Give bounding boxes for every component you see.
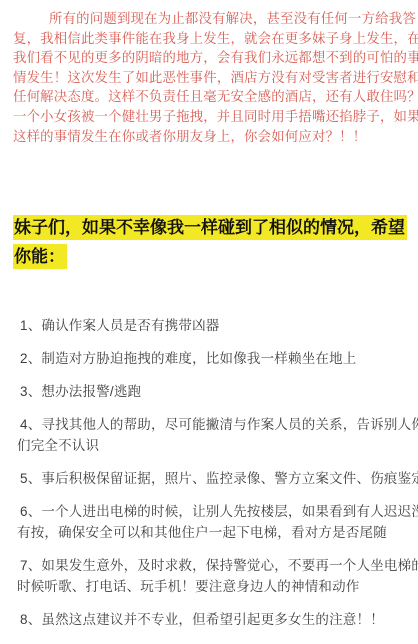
list-item: 5、事后积极保留证据，照片、监控录像、警方立案文件、伤痕鉴定: [20, 468, 410, 489]
intro-paragraph: 所有的问题到现在为止都没有解决，甚至没有任何一方给我答 复，我相信此类事件能在我…: [13, 9, 410, 146]
list-item-line: 1、确认作案人员是否有携带凶器: [20, 315, 410, 336]
heading-line: 你能：: [13, 242, 410, 271]
list-item-line: 4、寻找其他人的帮助，尽可能撇清与作案人员的关系，告诉别人你: [20, 414, 410, 435]
list-item: 4、寻找其他人的帮助，尽可能撇清与作案人员的关系，告诉别人你 们完全不认识: [20, 414, 410, 456]
list-item-line: 有按，确保安全可以和其他住户一起下电梯，看对方是否尾随: [17, 522, 410, 543]
heading-highlight: 你能：: [13, 244, 67, 269]
list-item-line: 5、事后积极保留证据，照片、监控录像、警方立案文件、伤痕鉴定: [20, 468, 410, 489]
list-item: 8、虽然这点建议并不专业，但希望引起更多女生的注意！！: [20, 609, 410, 630]
advice-list: 1、确认作案人员是否有携带凶器 2、制造对方胁迫拖拽的难度，比如像我一样赖坐在地…: [13, 315, 410, 630]
intro-line: 这样的事情发生在你或者你朋友身上，你会如何应对？！！: [13, 127, 410, 147]
intro-line: 我们看不见的更多的阴暗的地方，会有我们永远都想不到的可怕的事: [13, 48, 410, 68]
list-item: 1、确认作案人员是否有携带凶器: [20, 315, 410, 336]
list-item-line: 6、一个人进出电梯的时候，让别人先按楼层，如果看到有人迟迟没: [20, 501, 410, 522]
intro-line: 复，我相信此类事件能在我身上发生，就会在更多妹子身上发生，在: [13, 29, 410, 49]
intro-line: 一个小女孩被一个健壮男子拖拽，并且同时用手捂嘴还掐脖子，如果: [13, 107, 410, 127]
list-item-line: 7、如果发生意外，及时求救，保持警觉心，不要再一个人坐电梯的: [20, 555, 410, 576]
intro-line: 情发生！这次发生了如此恶性事件，酒店方没有对受害者进行安慰和: [13, 68, 410, 88]
intro-line: 任何解决态度。这样不负责任且毫无安全感的酒店，还有人敢住吗？: [13, 87, 410, 107]
list-item-line: 3、想办法报警/逃跑: [20, 381, 410, 402]
highlighted-heading: 妹子们，如果不幸像我一样碰到了相似的情况，希望 你能：: [13, 213, 410, 271]
intro-line: 所有的问题到现在为止都没有解决，甚至没有任何一方给我答: [13, 9, 410, 29]
list-item-line: 时候听歌、打电话、玩手机！要注意身边人的神情和动作: [17, 576, 410, 597]
list-item-line: 8、虽然这点建议并不专业，但希望引起更多女生的注意！！: [20, 609, 410, 630]
list-item: 2、制造对方胁迫拖拽的难度，比如像我一样赖坐在地上: [20, 348, 410, 369]
list-item: 7、如果发生意外，及时求救，保持警觉心，不要再一个人坐电梯的 时候听歌、打电话、…: [20, 555, 410, 597]
list-item-line: 2、制造对方胁迫拖拽的难度，比如像我一样赖坐在地上: [20, 348, 410, 369]
list-item: 3、想办法报警/逃跑: [20, 381, 410, 402]
list-item-line: 们完全不认识: [17, 435, 410, 456]
heading-line: 妹子们，如果不幸像我一样碰到了相似的情况，希望: [13, 213, 410, 242]
heading-highlight: 妹子们，如果不幸像我一样碰到了相似的情况，希望: [13, 215, 407, 240]
list-item: 6、一个人进出电梯的时候，让别人先按楼层，如果看到有人迟迟没 有按，确保安全可以…: [20, 501, 410, 543]
article-page: 所有的问题到现在为止都没有解决，甚至没有任何一方给我答 复，我相信此类事件能在我…: [0, 0, 418, 644]
